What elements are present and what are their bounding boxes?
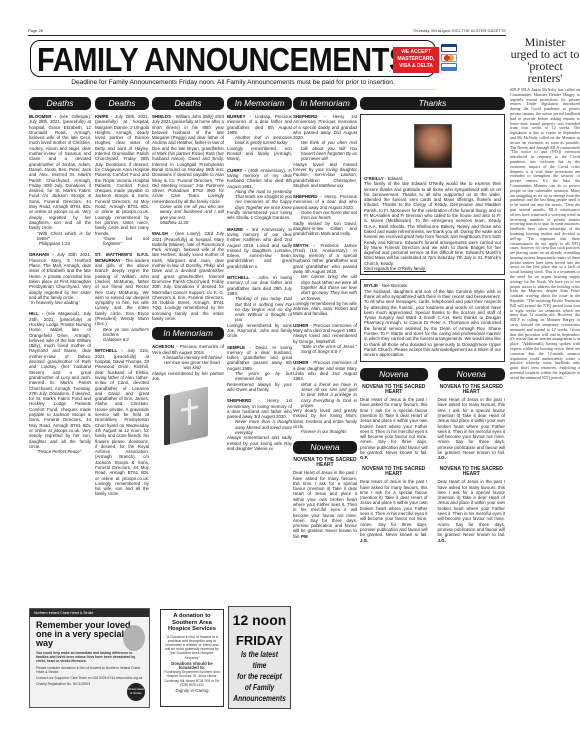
notice-name: CURRY - [227,168,246,173]
notice-ref: Galations 6:2 [95,337,149,342]
novena-prayer: Dear Heart of Jesus in the past I have a… [360,479,428,537]
hospice-title: A donation to Southern Area Hospice Serv… [164,613,220,633]
notice-shields: SHIELDS - William John (Billy) 23rd July… [152,114,224,225]
delta-card-icon [441,63,457,71]
notice-name: MAGEE - [227,227,248,232]
notice-text: - William John (Billy) 23rd July 2021 (p… [152,114,224,204]
notice-tail: Sadly missed by son David, daughter-in-l… [293,221,357,237]
novena-title: NOVENA TO THE SACRED HEART [360,467,428,479]
card-accept-badge: WE ACCEPT MASTERCARD, VISA & DELTA [393,47,439,73]
notice-tail: Lovingly remembered by his wife Jeannie,… [293,301,357,317]
notice-verse: Along the road to yesterday That leads m… [227,189,292,210]
notice-name: WYLIE [364,283,378,288]
thanks-wylie: WYLIE - Nee Burrows The husband, daughte… [360,279,505,361]
notice-text: (née Gillespie), July 28th, 2021, (peace… [29,114,91,230]
novena-title: NOVENA TO THE SACRED HEART [360,385,428,397]
notice-verse: Come unto me all you who are weary and b… [152,204,224,220]
notice-name: USHER [293,360,308,365]
notice-name: WALSH [152,231,168,236]
section-header-deaths: Deaths [29,97,91,110]
novena-notice-4: NOVENA TO THE SACRED HEART Dear Heart of… [438,385,506,461]
notice-tail: Lovingly remembered by sons Joe, Raymond… [227,323,292,339]
notice-text: The family of the late Edward O'Reilly w… [364,181,501,266]
notice-verse: We think of you often And talk about you… [293,140,357,161]
notice-verse: Another leaf in memories book is gently … [227,135,292,146]
deaths-column-1: Deaths BLOOMER - (née Gillespie), July 2… [29,97,91,460]
noon-text: of Family [233,682,285,693]
visa-card-icon [441,44,457,52]
portrait-photo [414,124,452,168]
notice-text: July 31st, 2021 (peacefully) at hospital… [95,348,149,496]
deadline-reminder-box: 12 noon FRIDAY Is the latest time for th… [228,606,291,709]
notice-usher-george: USHER - Precious memories of Mary who di… [293,323,357,355]
notice-shepherd-daughter: SHEPHERD - Henry 1st Anniversary Preciou… [293,114,357,188]
notice-name: ACHESON [152,344,174,349]
notice-verse: ' In heavenly love abiding ' [29,300,91,305]
novena-grid: Novena NOVENA TO THE SACRED HEART Dear H… [360,368,505,549]
notice-name: SEMPLE [227,345,245,350]
notice-name: SHEPHERD [227,398,251,403]
notice-ref: Philippians 1:23 [29,241,91,246]
notice-name: MITCHELL - [95,348,123,353]
ad-bar: Northern Ireland Chest Heart & Stroke [30,609,149,617]
notice-verse: Gone from our home But not from our hear… [293,210,357,221]
novena-title: NOVENA TO THE SACRED HEART [293,458,357,470]
notice-mitchell: MITCHELL - July 31st, 2021 (peacefully) … [95,348,149,496]
notice-first-name: - Nee Burrows [379,283,407,288]
novena-notice-2: NOVENA TO THE SACRED HEART Dear Heart of… [360,385,428,461]
novena-title: NOVENA TO THE SACRED HEART [438,467,506,479]
heart-flower-icon [123,625,145,651]
notice-verse: What a friend we have in Jesus All our s… [293,382,357,408]
novena-initials: J.G. [438,538,446,543]
hospice-tagline: Dignity in Caring [164,689,220,693]
notice-verse: "Peace Perfect Peace" [29,449,91,454]
notice-name: BURNEY [227,114,246,119]
notice-text: The husband, daughters and son of the la… [364,289,501,358]
page-title: FAMILY ANNOUNCEMENTS [37,43,408,77]
notice-verse: Never more than a thought away Missed an… [227,419,292,435]
in-memoriam-column-1: In Memoriam BURNEY - Lindsay. Precious m… [227,97,292,457]
notice-text: (née Magwood), July 25th, 2021, (peacefu… [29,311,91,448]
friday-line: FRIDAY [229,633,290,649]
notice-bloomer: BLOOMER - (née Gillespie), July 28th, 20… [29,114,91,246]
notice-mitchell-john: MITCHELL - John. In loving memory of our… [227,275,292,339]
notice-usher-linda: USHER - Precious memories of a dear daug… [293,360,357,434]
deaths-column-2: Deaths KNIPE - July 28th, 2021, (peacefu… [95,97,149,503]
bible-icon [152,387,224,447]
notice-name: SHEPHERD [293,194,317,199]
novena-notice-3: NOVENA TO THE SACRED HEART Dear Heart of… [360,467,428,543]
section-header-novena: Novena [293,441,357,454]
in-memoriam-column-2: In Memoriam SHEPHERD - Henry 1st Anniver… [293,97,357,545]
notice-smyth: SMYTH - Frederick James (Fred) (1st Anni… [293,243,357,317]
mastercard-icon [441,54,457,62]
hospice-body: "A Donation in lieu of flowers is a prac… [164,635,220,660]
novena-initials: G.F. [360,455,368,460]
notice-tail: Very dearly loved and greatly missed by … [293,408,357,429]
noon-text: Announcements [233,693,285,704]
deaths-column-3: Deaths SHIELDS - William John (Billy) 23… [152,97,224,447]
hospice-forward: Donations should be forwarded to: [164,662,220,670]
notice-signoff: Kind regards the O'Reilly family. [364,266,501,271]
hospice-address: Fundraising Department Southern Area Hos… [164,670,220,687]
novena-initials: J.G. [438,455,446,460]
novena-notice-5: NOVENA TO THE SACRED HEART Dear Heart of… [438,467,506,543]
notice-verse: A beautiful memory left behind Her love … [152,355,224,371]
notice-tail: Fondly remembered your loving wife Sheil… [227,210,292,221]
novena-notice-1: NOVENA TO THE SACRED HEART Dear Heart of… [293,458,357,539]
ad-line: Please consider donations in lieu of flo… [30,665,149,675]
noon-text: for the receipt [233,671,285,682]
ad-body: You could help make an immediate and las… [30,650,149,665]
family-announcements-banner: FAMILY ANNOUNCEMENTS WE ACCEPT MASTERCAR… [30,40,436,77]
notice-verse: Thinking of you today Dad But that is no… [227,296,292,322]
accept-line: WE ACCEPT [393,49,439,56]
notice-semple: SEMPLE - David. In loving memory of a de… [227,345,292,393]
novena-prayer: Dear Heart of Jesus in the past I have a… [360,397,428,455]
noon-text: Is the latest time [233,649,285,671]
page-header-line: Page 28 Thursday, 5th August 2021-THE UL… [28,26,506,36]
notice-verse: We cannot bring the old days back When w… [293,274,357,300]
chest-heart-stroke-ad[interactable]: Northern Ireland Chest Heart & Stroke Re… [29,608,150,708]
hospice-donation-ad[interactable]: A donation to Southern Area Hospice Serv… [160,609,224,707]
payment-cards-icon [441,44,457,74]
section-header-in-memoriam: In Memoriam [152,327,224,340]
section-header-novena: Novena [360,368,428,381]
accept-line: MASTERCARD, [393,56,439,63]
notice-ref: Matthew 11:28 [152,220,224,225]
news-story-sidebar: Minister urged to act to 'protect renter… [510,36,580,381]
notice-name: O'REILLY [364,176,384,181]
notice-hill: HILL - (née Magwood), July 25th, 2021, (… [29,311,91,454]
notice-verse: Forever in our thoughts [293,429,357,434]
notice-verse: The years go by but memories last [227,371,292,382]
notice-tail: Remembered always by your wife Gwen and … [227,382,292,393]
novena-prayer: Dear Heart of Jesus in the past I have a… [293,470,357,539]
notice-text: - July 28th, 2021, (peacefully) at hospi… [95,114,149,236]
chs-logo-icon: Chest Heart & Stroke [127,683,145,701]
notice-magee: MAGEE - 3rd Anniversary In loving memory… [227,227,292,269]
thanks-column: Thanks O'REILLY - Edward The family of t… [360,97,505,549]
notice-name: USHER [293,323,308,328]
notice-walsh: WALSH - (nee Lowry), 23rd July 2021 (Pea… [152,231,224,321]
notice-shepherd-wife: SHEPHERD - Henry 1st Anniversary In lovi… [227,398,292,451]
notice-name: SHEPHERD [293,114,317,119]
notice-tail: Lovingly remembered, son Ronald and fami… [227,146,292,162]
notice-acheson: ACHESON - Precious memories of Vera died… [152,344,224,381]
notice-knipe: KNIPE - July 28th, 2021, (peacefully) at… [95,114,149,246]
section-header-deaths: Deaths [95,97,149,110]
notice-name: SMYTH - [293,243,315,248]
page-number: Page 28 [28,28,43,33]
notice-name: GRAHAM - [29,252,54,257]
notice-first-name: - Edward [385,176,403,181]
notice-shepherd-son: SHEPHERD - Henry. Precious memories of a… [293,194,357,236]
notice-verse: "Gone but not forgotten" [95,236,149,247]
notice-name: HILL - [29,311,43,316]
notice-text: The leaders and girls of the above branc… [95,258,149,327]
notice-tail: Always loved and missed forever by your … [293,162,357,188]
section-header-deaths: Deaths [152,97,224,110]
deadline-notice: Deadline for Family Announcements Friday… [30,79,436,90]
novena-prayer: Dear Heart of Jesus in the past I have a… [438,397,506,455]
notice-name: KNIPE [95,114,108,119]
story-body: SDLP MLA Justin McNulty has called on Co… [510,88,580,381]
notice-verse: Bear ye one another's burdens [95,327,149,338]
novena-column-b: Novena NOVENA TO THE SACRED HEART Dear H… [438,368,506,549]
notice-verse: "With Christ which is far better" [29,231,91,242]
notice-text: July 30th 2021, Florence Mary, 5 Hartfor… [29,252,91,299]
noon-line: 12 noon [229,612,290,628]
notice-name: MITCHELL [227,275,249,280]
notice-curry: CURRY - (40th Anniversary). In loving me… [227,168,292,221]
section-header-novena: Novena [438,368,506,381]
section-header-in-memoriam: In Memoriam [227,97,292,110]
notice-mcmurray: ST. MATTHEW'S G.F.S. MCMURRAY - The lead… [95,252,149,342]
section-header-thanks: Thanks [360,97,505,110]
notice-tail: Always remembered and sadly missed by yo… [227,435,292,451]
novena-title: NOVENA TO THE SACRED HEART [438,385,506,397]
novena-initials: PM [301,534,308,539]
notice-text: 3rd Anniversary In loving memory of our … [227,227,292,269]
notice-name: BLOOMER - [29,114,56,119]
novena-prayer: Dear Heart of Jesus in the past I have a… [438,479,506,537]
notice-burney: BURNEY - Lindsay. Precious memories of a… [227,114,292,162]
novena-initials: J.G. [360,538,368,543]
notice-graham: GRAHAM - July 30th 2021, Florence Mary, … [29,252,91,305]
thanks-oreilly: O'REILLY - Edward The family of the late… [360,114,505,275]
novena-column-a: Novena NOVENA TO THE SACRED HEART Dear H… [360,368,428,549]
notice-tail: Always remembered by her partner Joe. [152,371,224,382]
accept-line: VISA & DELTA [393,63,439,70]
notice-name: SHIELDS [152,114,171,119]
notice-verse: "Safe in the arms of Jesus." Song of Son… [293,344,357,355]
notice-text: Frederick James (Fred) (1st Anniversary)… [293,243,357,274]
section-header-in-memoriam: In Memoriam [293,97,357,110]
notice-text: - (nee Lowry), 23rd July 2021 (Peacefull… [152,231,224,321]
story-headline: Minister urged to act to 'protect renter… [510,36,580,84]
dateline: Thursday, 5th August 2021-THE ULSTER GAZ… [413,28,506,33]
